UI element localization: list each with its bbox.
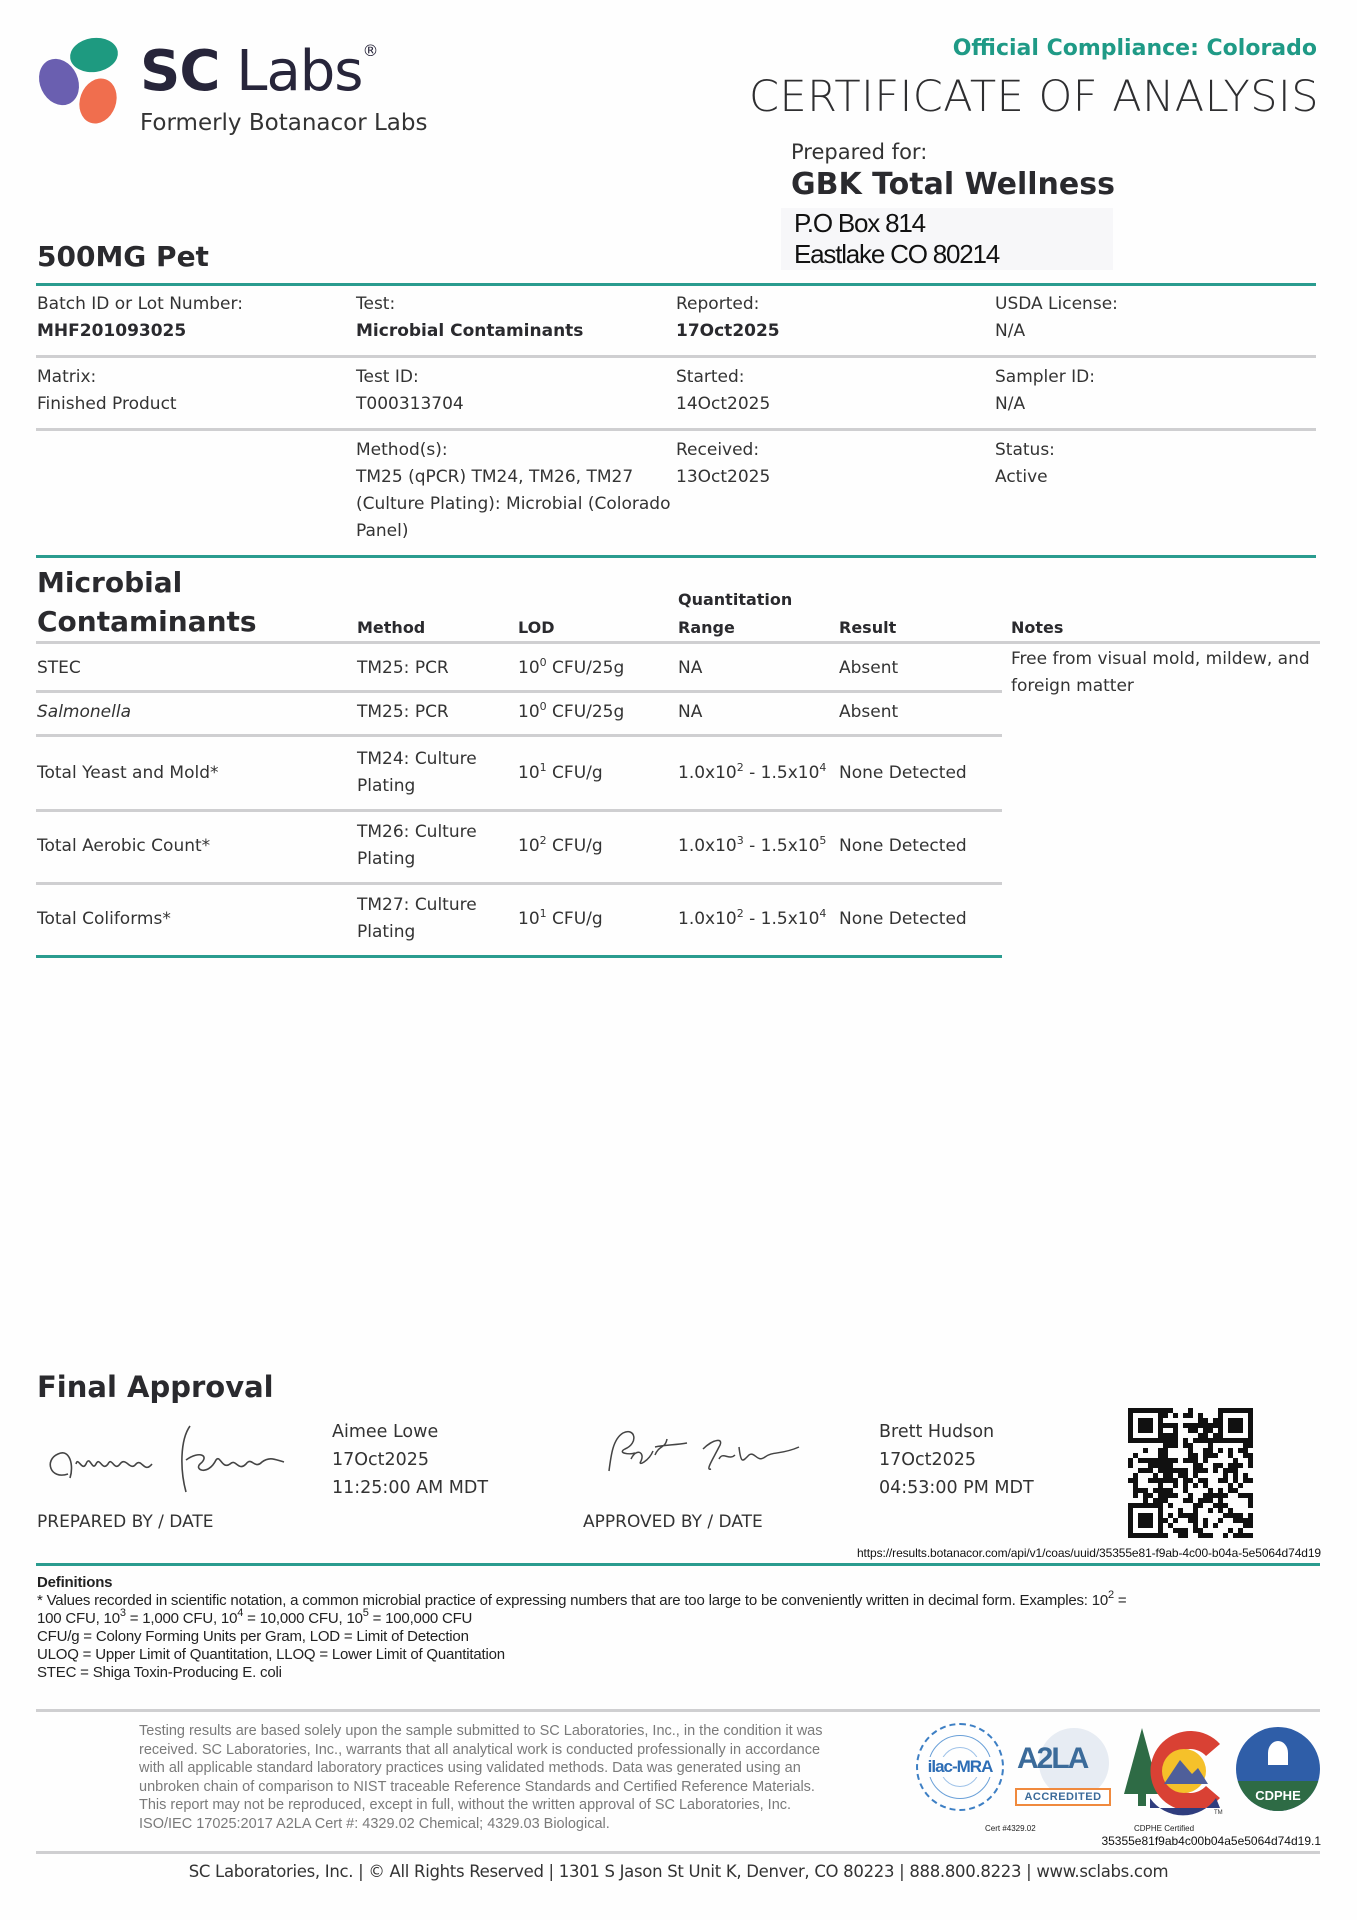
divider bbox=[36, 641, 1320, 644]
section-title: Microbial Contaminants bbox=[37, 563, 257, 641]
logo-blob-orange-icon bbox=[73, 73, 123, 129]
definitions-block: Definitions * Values recorded in scienti… bbox=[37, 1574, 1327, 1682]
a2la-accredited-badge: ACCREDITED bbox=[1015, 1788, 1111, 1806]
brand-tagline: Formerly Botanacor Labs bbox=[140, 110, 427, 136]
brand-logo: SC Labs® Formerly Botanacor Labs bbox=[36, 36, 426, 146]
analyte-cell: Total Coliforms* bbox=[37, 883, 171, 955]
batch-label: Batch ID or Lot Number: bbox=[37, 291, 243, 318]
matrix-value: Finished Product bbox=[37, 391, 177, 418]
document-title: CERTIFICATE OF ANALYSIS bbox=[749, 72, 1319, 122]
column-range-line2: Range bbox=[678, 614, 792, 642]
product-name: 500MG Pet bbox=[37, 240, 209, 273]
started-label: Started: bbox=[676, 364, 770, 391]
approved-caption: APPROVED BY / DATE bbox=[583, 1512, 763, 1532]
method-cell: TM25: PCR bbox=[357, 690, 507, 734]
reported-value: 17Oct2025 bbox=[676, 318, 780, 345]
column-lod: LOD bbox=[518, 614, 555, 642]
lod-cell: 102 CFU/g bbox=[518, 810, 603, 882]
brand-name-labs: Labs bbox=[219, 39, 362, 104]
batch-value: MHF201093025 bbox=[37, 318, 243, 345]
prepared-date: 17Oct2025 bbox=[332, 1446, 488, 1474]
lod-cell: 101 CFU/g bbox=[518, 883, 603, 955]
section-title-line1: Microbial bbox=[37, 563, 257, 602]
info-reported: Reported: 17Oct2025 bbox=[676, 291, 780, 345]
prepared-name: Aimee Lowe bbox=[332, 1418, 488, 1446]
signature-approved-icon bbox=[595, 1425, 825, 1485]
logo-blob-green-icon bbox=[68, 35, 120, 75]
table-row: STECTM25: PCR100 CFU/25gNAAbsent bbox=[36, 646, 1008, 690]
approved-time: 04:53:00 PM MDT bbox=[879, 1474, 1034, 1502]
range-cell: 1.0x103 - 1.5x105 bbox=[678, 810, 826, 882]
definitions-line4: ULOQ = Upper Limit of Quantitation, LLOQ… bbox=[37, 1646, 1327, 1664]
definitions-line3: CFU/g = Colony Forming Units per Gram, L… bbox=[37, 1628, 1327, 1646]
a2la-label: A2LA bbox=[1017, 1742, 1087, 1776]
result-cell: None Detected bbox=[839, 737, 967, 809]
range-cell: NA bbox=[678, 690, 702, 734]
column-method: Method bbox=[357, 614, 425, 642]
info-usda: USDA License: N/A bbox=[995, 291, 1118, 345]
qr-url-link[interactable]: https://results.botanacor.com/api/v1/coa… bbox=[857, 1546, 1321, 1560]
test-id-value: T000313704 bbox=[356, 391, 464, 418]
cdphe-label: CDPHE bbox=[1236, 1788, 1320, 1803]
colorado-logo-icon: TM bbox=[1120, 1724, 1230, 1816]
disclaimer-text: Testing results are based solely upon th… bbox=[139, 1722, 909, 1833]
disclaimer-line: with all applicable standard laboratory … bbox=[139, 1759, 909, 1778]
info-sampler: Sampler ID: N/A bbox=[995, 364, 1095, 418]
prepared-for-label: Prepared for: bbox=[791, 140, 927, 164]
matrix-label: Matrix: bbox=[37, 364, 177, 391]
column-range-line1: Quantitation bbox=[678, 586, 792, 614]
approved-info: Brett Hudson 17Oct2025 04:53:00 PM MDT bbox=[879, 1418, 1034, 1502]
status-value: Active bbox=[995, 464, 1055, 491]
info-started: Started: 14Oct2025 bbox=[676, 364, 770, 418]
notes-text: Free from visual mold, mildew, and forei… bbox=[1011, 646, 1321, 700]
table-row: Total Coliforms*TM27: Culture Plating101… bbox=[36, 883, 1008, 955]
column-notes: Notes bbox=[1011, 614, 1063, 642]
range-cell: 1.0x102 - 1.5x104 bbox=[678, 883, 826, 955]
divider bbox=[36, 1563, 1320, 1566]
ilac-mra-logo: ilac-MRA bbox=[916, 1723, 1004, 1811]
column-range: Quantitation Range bbox=[678, 586, 792, 642]
methods-value: TM25 (qPCR) TM24, TM26, TM27 (Culture Pl… bbox=[356, 464, 674, 545]
test-label: Test: bbox=[356, 291, 583, 318]
lod-cell: 101 CFU/g bbox=[518, 737, 603, 809]
column-result: Result bbox=[839, 614, 896, 642]
definitions-line2: 100 CFU, 103 = 1,000 CFU, 104 = 10,000 C… bbox=[37, 1610, 1327, 1628]
disclaimer-line: ISO/IEC 17025:2017 A2LA Cert #: 4329.02 … bbox=[139, 1815, 909, 1834]
divider bbox=[36, 555, 1316, 558]
reported-label: Reported: bbox=[676, 291, 780, 318]
definitions-line5: STEC = Shiga Toxin-Producing E. coli bbox=[37, 1664, 1327, 1682]
info-matrix: Matrix: Finished Product bbox=[37, 364, 177, 418]
disclaimer-line: Testing results are based solely upon th… bbox=[139, 1722, 909, 1741]
range-cell: 1.0x102 - 1.5x104 bbox=[678, 737, 826, 809]
result-cell: Absent bbox=[839, 690, 898, 734]
divider bbox=[36, 283, 1316, 286]
approval-title: Final Approval bbox=[37, 1370, 274, 1404]
approved-date: 17Oct2025 bbox=[879, 1446, 1034, 1474]
signature-prepared-icon bbox=[40, 1420, 310, 1500]
client-address-line2: Eastlake CO 80214 bbox=[794, 239, 1113, 270]
footer-text: SC Laboratories, Inc. | © All Rights Res… bbox=[0, 1862, 1357, 1881]
registered-mark: ® bbox=[362, 41, 377, 60]
table-row: SalmonellaTM25: PCR100 CFU/25gNAAbsent bbox=[36, 690, 1008, 734]
info-test-id: Test ID: T000313704 bbox=[356, 364, 464, 418]
prepared-time: 11:25:00 AM MDT bbox=[332, 1474, 488, 1502]
info-received: Received: 13Oct2025 bbox=[676, 437, 770, 491]
usda-value: N/A bbox=[995, 318, 1118, 345]
test-value: Microbial Contaminants bbox=[356, 318, 583, 345]
method-cell: TM25: PCR bbox=[357, 646, 507, 690]
info-status: Status: Active bbox=[995, 437, 1055, 491]
disclaimer-line: This report may not be reproduced, excep… bbox=[139, 1796, 909, 1815]
received-label: Received: bbox=[676, 437, 770, 464]
divider bbox=[36, 955, 1002, 958]
qr-code-icon[interactable] bbox=[1128, 1408, 1253, 1538]
client-address-line1: P.O Box 814 bbox=[794, 208, 1113, 239]
prepared-caption: PREPARED BY / DATE bbox=[37, 1512, 214, 1532]
analyte-cell: Total Aerobic Count* bbox=[37, 810, 210, 882]
definitions-title: Definitions bbox=[37, 1574, 1327, 1592]
section-title-line2: Contaminants bbox=[37, 602, 257, 641]
a2la-logo: A2LA ACCREDITED bbox=[1013, 1728, 1113, 1818]
ilac-mra-label: ilac-MRA bbox=[928, 1757, 993, 1777]
cdphe-caption: CDPHE Certified bbox=[1134, 1824, 1194, 1833]
document-hash: 35355e81f9ab4c00b04a5e5064d74d19.1 bbox=[1101, 1834, 1321, 1848]
info-test: Test: Microbial Contaminants bbox=[356, 291, 583, 345]
info-batch: Batch ID or Lot Number: MHF201093025 bbox=[37, 291, 243, 345]
methods-label: Method(s): bbox=[356, 437, 674, 464]
sampler-value: N/A bbox=[995, 391, 1095, 418]
status-label: Status: bbox=[995, 437, 1055, 464]
result-cell: Absent bbox=[839, 646, 898, 690]
sampler-label: Sampler ID: bbox=[995, 364, 1095, 391]
definitions-line1: * Values recorded in scientific notation… bbox=[37, 1592, 1327, 1610]
info-methods: Method(s): TM25 (qPCR) TM24, TM26, TM27 … bbox=[356, 437, 674, 545]
svg-text:TM: TM bbox=[1214, 1810, 1223, 1816]
analyte-cell: STEC bbox=[37, 646, 81, 690]
usda-label: USDA License: bbox=[995, 291, 1118, 318]
client-name: GBK Total Wellness bbox=[791, 167, 1115, 202]
lod-cell: 100 CFU/25g bbox=[518, 690, 624, 734]
divider bbox=[36, 1709, 1320, 1712]
table-row: Total Yeast and Mold*TM24: Culture Plati… bbox=[36, 737, 1008, 809]
prepared-info: Aimee Lowe 17Oct2025 11:25:00 AM MDT bbox=[332, 1418, 488, 1502]
analyte-cell: Total Yeast and Mold* bbox=[37, 737, 219, 809]
disclaimer-line: received. SC Laboratories, Inc., warrant… bbox=[139, 1741, 909, 1760]
test-id-label: Test ID: bbox=[356, 364, 464, 391]
method-cell: TM24: Culture Plating bbox=[357, 737, 507, 809]
brand-name: SC Labs® bbox=[140, 42, 377, 102]
table-row: Total Aerobic Count*TM26: Culture Platin… bbox=[36, 810, 1008, 882]
lod-cell: 100 CFU/25g bbox=[518, 646, 624, 690]
divider bbox=[36, 428, 1316, 431]
client-address: P.O Box 814 Eastlake CO 80214 bbox=[781, 208, 1113, 270]
compliance-label: Official Compliance: Colorado bbox=[953, 36, 1317, 61]
result-cell: None Detected bbox=[839, 883, 967, 955]
range-cell: NA bbox=[678, 646, 702, 690]
approved-name: Brett Hudson bbox=[879, 1418, 1034, 1446]
cert-caption: Cert #4329.02 bbox=[985, 1824, 1036, 1833]
disclaimer-line: unbroken chain of comparison to NIST tra… bbox=[139, 1778, 909, 1797]
method-cell: TM26: Culture Plating bbox=[357, 810, 507, 882]
divider bbox=[36, 1851, 1320, 1854]
method-cell: TM27: Culture Plating bbox=[357, 883, 507, 955]
divider bbox=[36, 355, 1316, 358]
result-cell: None Detected bbox=[839, 810, 967, 882]
cdphe-logo: CDPHE bbox=[1236, 1727, 1320, 1811]
started-value: 14Oct2025 bbox=[676, 391, 770, 418]
received-value: 13Oct2025 bbox=[676, 464, 770, 491]
analyte-cell: Salmonella bbox=[37, 690, 131, 734]
